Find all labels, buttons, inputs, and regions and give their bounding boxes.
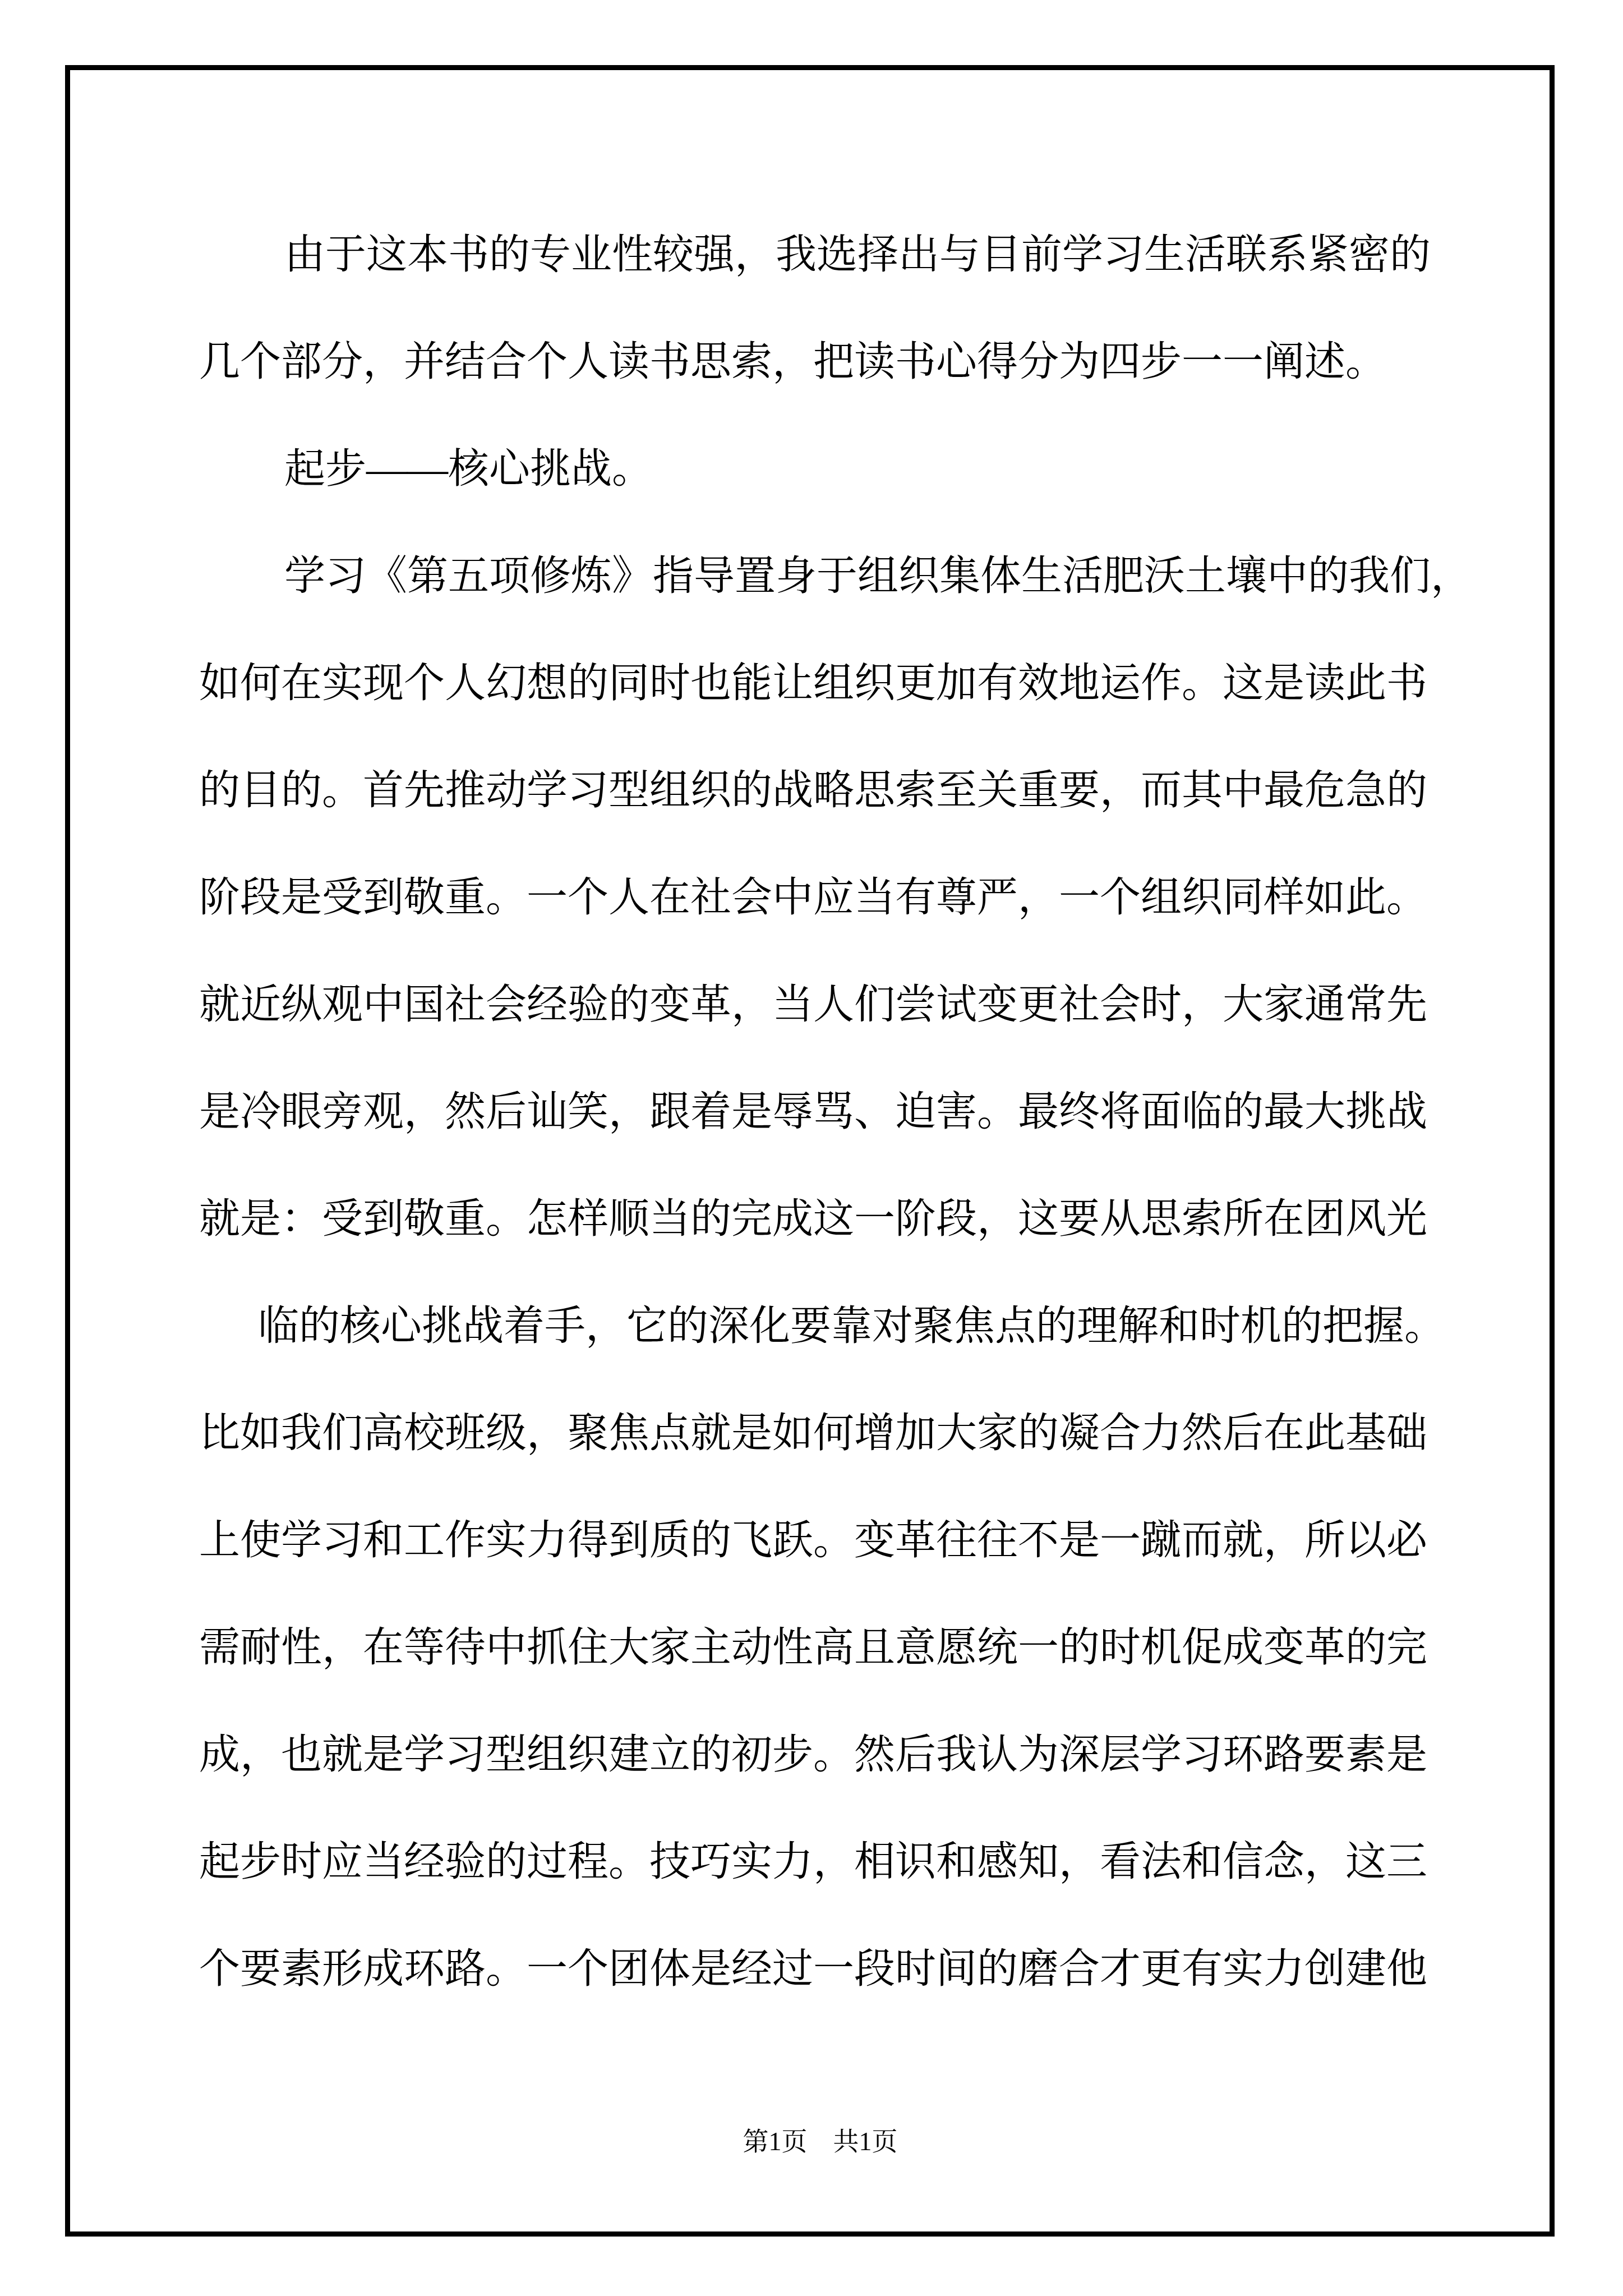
- footer-page-current: 第1页: [743, 2127, 808, 2156]
- text-line: 是冷眼旁观，然后讪笑，跟着是辱骂、迫害。最终将面临的最大挑战: [199, 1058, 1441, 1165]
- document-body: 由于这本书的专业性较强，我选择出与目前学习生活联系紧密的几个部分，并结合个人读书…: [199, 201, 1441, 2022]
- text-line: 临的核心挑战着手，它的深化要靠对聚焦点的理解和时机的把握。: [199, 1272, 1441, 1379]
- text-line: 阶段是受到敬重。一个人在社会中应当有尊严，一个组织同样如此。: [199, 844, 1441, 951]
- text-line: 比如我们高校班级，聚焦点就是如何增加大家的凝合力然后在此基础: [199, 1379, 1441, 1487]
- text-line: 起步时应当经验的过程。技巧实力，相识和感知，看法和信念，这三: [199, 1808, 1441, 1915]
- text-line: 就近纵观中国社会经验的变革，当人们尝试变更社会时，大家通常先: [199, 951, 1441, 1058]
- text-line: 就是：受到敬重。怎样顺当的完成这一阶段，这要从思索所在团风光: [199, 1165, 1441, 1272]
- text-line: 如何在实现个人幻想的同时也能让组织更加有效地运作。这是读此书: [199, 629, 1441, 737]
- page-footer: 第1页共1页: [199, 2125, 1441, 2159]
- text-line: 个要素形成环路。一个团体是经过一段时间的磨合才更有实力创建他: [199, 1915, 1441, 2022]
- document-page: 由于这本书的专业性较强，我选择出与目前学习生活联系紧密的几个部分，并结合个人读书…: [0, 0, 1623, 2296]
- text-line: 的目的。首先推动学习型组织的战略思索至关重要，而其中最危急的: [199, 737, 1441, 844]
- text-line: 学习《第五项修炼》指导置身于组织集体生活肥沃土壤中的我们，: [199, 522, 1441, 629]
- text-line: 上使学习和工作实力得到质的飞跃。变革往往不是一蹴而就，所以必: [199, 1487, 1441, 1594]
- text-line: 几个部分，并结合个人读书思索，把读书心得分为四步一一阐述。: [199, 308, 1441, 415]
- text-line: 由于这本书的专业性较强，我选择出与目前学习生活联系紧密的: [199, 201, 1441, 308]
- text-line: 需耐性，在等待中抓住大家主动性高且意愿统一的时机促成变革的完: [199, 1594, 1441, 1701]
- text-line: 起步——核心挑战。: [199, 415, 1441, 522]
- text-line: 成，也就是学习型组织建立的初步。然后我认为深层学习环路要素是: [199, 1701, 1441, 1808]
- footer-page-total: 共1页: [833, 2127, 898, 2156]
